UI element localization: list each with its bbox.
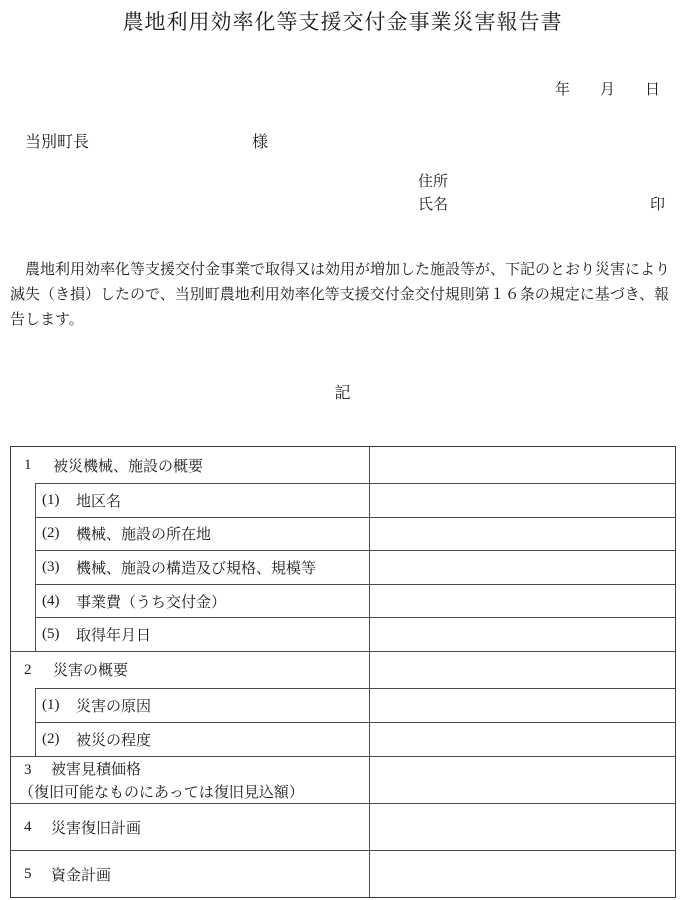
value-cell: [370, 484, 675, 517]
group2-heading: 災害の概要: [35, 652, 370, 688]
table-row: (1) 災害の原因: [36, 689, 675, 722]
addressee-name: 当別町長: [25, 129, 89, 152]
row-number: 3: [24, 759, 51, 782]
addressee-honorific: 様: [252, 129, 268, 152]
value-cell: [370, 757, 675, 803]
subrow-label: 災害の原因: [76, 695, 151, 716]
row-label: 資金計画: [51, 864, 111, 885]
value-cell: [370, 551, 675, 584]
value-cell: [370, 851, 675, 897]
row-number: 4: [24, 819, 51, 836]
subrow-number: (5): [42, 626, 76, 643]
value-cell: [370, 518, 675, 551]
section-marker: 記: [0, 380, 685, 403]
table-row-estimated-damage: 3被害見積価格 （復旧可能なものにあっては復旧見込額）: [11, 757, 675, 804]
table-row: (5) 取得年月日: [36, 617, 675, 651]
subrow-label: 地区名: [76, 490, 121, 511]
subrow-number: (1): [42, 697, 76, 714]
table-row-funding-plan: 5 資金計画: [11, 851, 675, 897]
document-title: 農地利用効率化等支援交付金事業災害報告書: [0, 6, 685, 36]
addressee-line: 当別町長 様: [0, 129, 685, 149]
value-cell: [370, 804, 675, 850]
subrow-number: (2): [42, 525, 76, 542]
table-row: 災害の概要: [35, 652, 675, 688]
subrow-label: 被災の程度: [76, 729, 151, 750]
value-cell: [370, 447, 675, 483]
subrow-label: 事業費（うち交付金）: [76, 591, 226, 612]
row-note: （復旧可能なものにあっては復旧見込額）: [19, 782, 365, 805]
table-group-disaster-overview: 2 災害の概要 (1) 災害の原因: [11, 652, 675, 757]
value-cell: [370, 689, 675, 722]
row-number: 5: [24, 866, 51, 883]
group2-subrows: (1) 災害の原因 (2) 被災の程度: [35, 688, 675, 756]
value-cell: [370, 723, 675, 756]
sender-name-label: 氏名: [418, 193, 448, 214]
subrow-number: (1): [42, 492, 76, 509]
subrow-label: 取得年月日: [76, 624, 151, 645]
sender-address-label: 住所: [418, 170, 448, 191]
value-cell: [370, 652, 675, 688]
value-cell: [370, 585, 675, 618]
group2-number: 2: [11, 652, 35, 756]
subrow-label: 機械、施設の所在地: [76, 523, 211, 544]
group1-number: 1: [11, 447, 35, 651]
table-row: (2) 被災の程度: [36, 722, 675, 756]
date-line: 年 月 日: [555, 78, 660, 99]
table-row: (1) 地区名: [36, 484, 675, 517]
group1-heading: 被災機械、施設の概要: [35, 447, 370, 483]
group1-subrows: (1) 地区名 (2) 機械、施設の所在地: [35, 483, 675, 651]
body-paragraph: 農地利用効率化等支援交付金事業で取得又は効用が増加した施設等が、下記のとおり災害…: [10, 258, 680, 333]
subrow-number: (3): [42, 559, 76, 576]
subrow-number: (2): [42, 731, 76, 748]
table-row: (4) 事業費（うち交付金）: [36, 584, 675, 618]
table-group-damaged-facilities: 1 被災機械、施設の概要 (1) 地区名: [11, 447, 675, 652]
report-table: 1 被災機械、施設の概要 (1) 地区名: [10, 446, 676, 898]
subrow-number: (4): [42, 593, 76, 610]
value-cell: [370, 618, 675, 651]
document-page: 農地利用効率化等支援交付金事業災害報告書 年 月 日 当別町長 様 住所 氏名 …: [0, 0, 685, 900]
table-row: 被災機械、施設の概要: [35, 447, 675, 483]
table-row-recovery-plan: 4 災害復旧計画: [11, 804, 675, 851]
row-label: 被害見積価格: [51, 762, 141, 778]
table-row: (3) 機械、施設の構造及び規格、規模等: [36, 550, 675, 584]
seal-mark: 印: [650, 193, 665, 214]
row-label: 災害復旧計画: [51, 817, 141, 838]
table-row: (2) 機械、施設の所在地: [36, 517, 675, 551]
subrow-label: 機械、施設の構造及び規格、規模等: [76, 557, 316, 578]
